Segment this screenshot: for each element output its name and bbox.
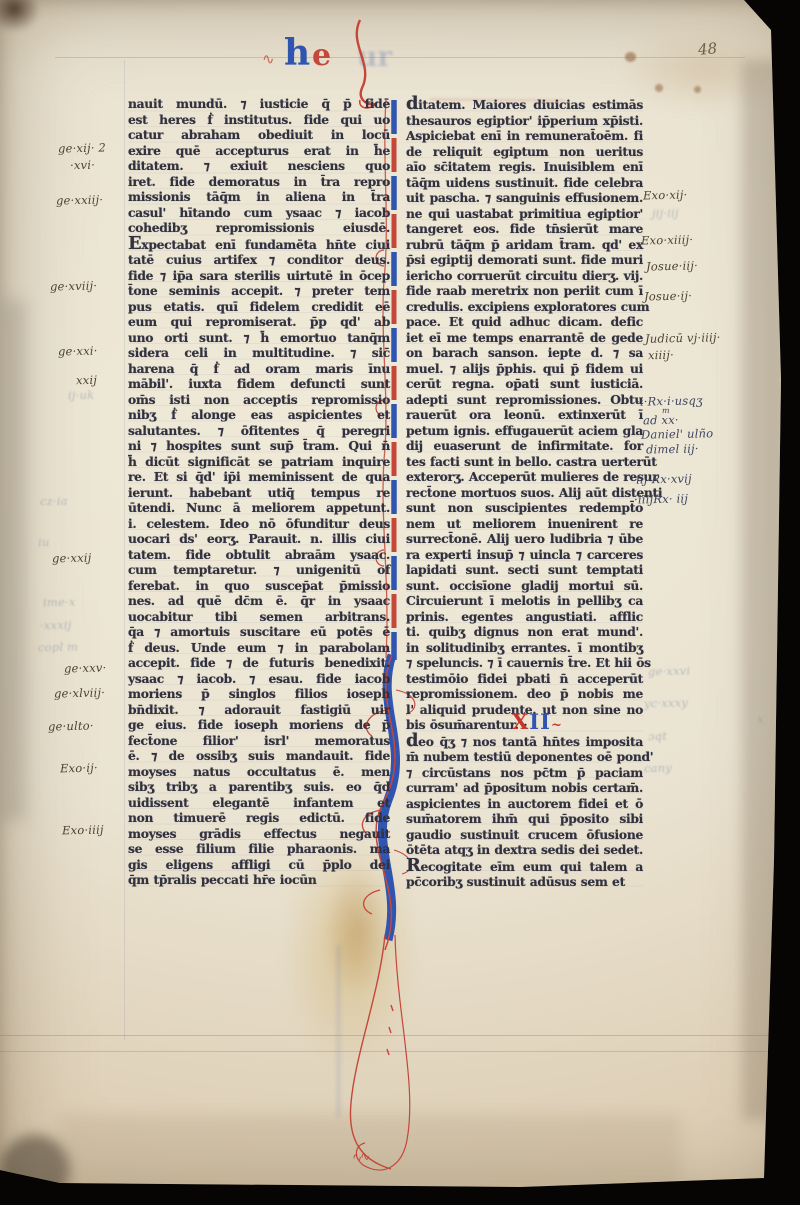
text-line: nem ut meliorem inuenirent re [406, 516, 643, 532]
margin-citation: ge·xij· 2 [58, 140, 106, 155]
margin-citation: ge·xviij· [50, 279, 97, 294]
text-line: harena q̄ ḟ ad oram maris īnu [128, 361, 390, 377]
margin-citation: ge·xxij [52, 551, 92, 566]
text-line: credulis. excipiens exploratores cum [406, 299, 643, 315]
text-line: dij euaserunt de infirmitate. for [406, 438, 643, 454]
text-line: q̄a ⁊ amortuis suscitare eū potēs ē [128, 624, 390, 640]
text-line: fect̄one filior' isrl' memoratus [128, 733, 390, 749]
text-line: ditatem. ⁊ exiuit nesciens quo [128, 158, 390, 174]
numeral-flourish: ~ [551, 718, 561, 733]
text-line: om̄s isti non acceptis repromissio [128, 392, 390, 408]
parchment-leaf: ∿ h e ur 48 [0, 0, 800, 1205]
text-line: h̄ dicūt significāt se patriam inquire [128, 454, 390, 470]
show-through-text: jij·iij [652, 206, 679, 221]
text-line: thesauros egiptior' ip̄perium xp̄isti. [406, 113, 643, 129]
numeral-ii: II [529, 709, 551, 734]
text-line: cerūt regna. op̄ati sunt iusticiā. [406, 376, 643, 392]
text-line: m̄ nubem testiū deponentes oē pond' [406, 749, 643, 765]
margin-citation: Judicū vj·iiij· [645, 330, 721, 346]
text-column-right: ditatem. Maiores diuicias estimāsthesaur… [406, 96, 643, 890]
text-line: ne qui uastabat primitiua egiptior' [406, 206, 643, 222]
fox-spot [655, 84, 663, 92]
text-line: fide raab meretrix non periit cum ī [406, 283, 643, 299]
text-line: tangeret eos. fide tn̄sierūt mare [406, 221, 643, 237]
text-line: de reliquit egiptum non ueritus [406, 144, 643, 160]
show-through-text: ime·x [43, 595, 76, 610]
text-line: uocabitur tibi semen arbitrans. [128, 609, 390, 625]
text-line: ⁊ speluncis. ⁊ ī cauernis t̄re. Et hii ō… [406, 655, 643, 671]
show-through-text: ij·uk [68, 388, 95, 403]
text-line: uit pascha. ⁊ sanguinis effusionem. [406, 190, 643, 206]
text-line: p̄si egiptij demorati sunt. fide muri [406, 252, 643, 268]
text-line: moyses natus occultatus ē. men [128, 764, 390, 780]
text-line: salutantes. ⁊ ōfitentes q̄ peregri [128, 423, 390, 439]
text-line: nauit mundū. ⁊ iusticie q̄ p̄ fidē [128, 96, 390, 112]
text-line: iret. fide demoratus in t̄ra repro [128, 174, 390, 190]
text-line: rauerūt ora leonū. extinxerūt ī [406, 407, 643, 423]
text-line: gaudio sustinuit crucem ōfusione [406, 827, 643, 843]
text-line: re. Et si q̄d' ip̄i meminissent de qua [128, 469, 390, 485]
margin-citation: Exo·iiij [62, 823, 104, 838]
text-line: cum temptaretur. ⁊ unigenitū of [128, 562, 390, 578]
text-line: tatē cuius artifex ⁊ conditor deus. [128, 252, 390, 268]
margin-citation: dimel iij· [646, 441, 699, 456]
text-line: rubrū tāq̄m p̄ aridam t̄ram. qd' ex [406, 237, 643, 253]
text-line: sunt. occisīone gladij mortui sū. [406, 578, 643, 594]
text-line: iericho corruerūt circuitu dierʒ. vij. [406, 268, 643, 284]
stain [0, 0, 40, 32]
text-line: tāq̄m uidens sustinuit. fide celebra [406, 175, 643, 191]
text-line: pc̄coribʒ sustinuit adūsus sem et [406, 874, 643, 890]
text-line: non timuerē regis edictū. fide [128, 810, 390, 826]
margin-citation: Exo·xiiij· [641, 232, 693, 247]
penwork-squiggle-bottom: ∿∿ [351, 1149, 368, 1165]
stain [0, 1135, 70, 1205]
text-line: t̄one seminis accepit. ⁊ preter tem [128, 283, 390, 299]
text-line: moriens p̄ singlos filios ioseph [128, 686, 390, 702]
numeral-x: X [512, 709, 529, 734]
text-line: uno orti sunt. ⁊ h̄ emortuo tanq̄m [128, 330, 390, 346]
text-line: muel. ⁊ alijs p̄phis. qui p̄ fidem ui [406, 361, 643, 377]
show-through-text: yc·xxxy [644, 696, 688, 711]
text-line: moyses grādis effectus negauit [128, 826, 390, 842]
text-line: ferebat. in quo suscep̄at p̄missio [128, 578, 390, 594]
text-line: ⁊ circūstans nos pc̄tm p̄ paciam [406, 765, 643, 781]
margin-citation: Josue·iij· [646, 258, 698, 273]
text-line: iet eī me temps enarrantē de gede [406, 330, 643, 346]
show-through-text: cz·ia [40, 494, 68, 509]
text-line: ti. quibʒ dignus non erat mund'. [406, 624, 643, 640]
show-through-text: cany [644, 761, 672, 776]
text-line: sidera celi in multitudine. ⁊ sic̄ [128, 345, 390, 361]
margin-citation: Josue·ij· [644, 288, 692, 303]
text-line: eum qui repromiserat. p̄p qd' ab [128, 314, 390, 330]
margin-citation: xiiij· [648, 348, 674, 363]
text-line: rect̄one mortuos suos. Alij aūt distenti [406, 485, 643, 501]
text-column-left: nauit mundū. ⁊ iusticie q̄ p̄ fidēest he… [128, 96, 390, 888]
text-line: casul' hītando cum ysaac ⁊ iacob [128, 205, 390, 221]
text-line: exterorʒ. Acceperūt mulieres de resur [406, 469, 643, 485]
ruling-line [124, 60, 125, 1040]
text-line: sum̄atorem ihm̄ qui p̄posito sibi [406, 811, 643, 827]
text-line: cohedibʒ repromissionis eiusdē. [128, 220, 390, 236]
margin-citation: ge·xxv· [64, 661, 107, 676]
folio-number: 48 [697, 39, 718, 59]
text-line: tes facti sunt in bello. castra uerterūt [406, 454, 643, 470]
margin-citation: ge·xxiij· [56, 193, 103, 208]
text-line: testimōio fidei pbati n̄ acceperūt [406, 671, 643, 687]
margin-citation: Exo·ij· [60, 761, 98, 776]
margin-citation: ·xvi· [70, 158, 95, 173]
text-line: se esse filium filie pharaonis. ma [128, 841, 390, 857]
margin-citation: iij·Rx·xvij [636, 471, 692, 486]
text-line: aīo sc̄itatem regis. Inuisiblem enī [406, 159, 643, 175]
text-line: aspicientes in auctorem fidei et ō [406, 796, 643, 812]
text-line: mābil'. iuxta fidem defuncti sunt [128, 376, 390, 392]
text-line: Aspiciebat enī in remunerat̄oēm. fi [406, 128, 643, 144]
text-line: gis eligens affligi cū p̄plo dei [128, 857, 390, 873]
text-line: uocari ds' eorʒ. Parauit. n. illis ciui [128, 531, 390, 547]
text-line: ysaac ⁊ iacob. ⁊ esau. fide iacob [128, 671, 390, 687]
text-line: ra experti insup̄ ⁊ uincla ⁊ carceres [406, 547, 643, 563]
text-line: ḟ deus. Unde eum ⁊ in parabolam [128, 640, 390, 656]
text-line: nes. ad quē dc̄m ē. q̄r in ysaac [128, 593, 390, 609]
text-line: i. celestem. Ideo nō ōfunditur deus [128, 516, 390, 532]
margin-citation: xxij [76, 373, 97, 387]
text-line: Recogitate eīm eum qui talem a [406, 858, 643, 875]
fox-spot [625, 52, 636, 62]
text-line: ūtendi. Nunc ā meliorem appetunt. [128, 500, 390, 516]
text-line: uidissent elegantē infantem et [128, 795, 390, 811]
penwork-descender [295, 935, 515, 1185]
fox-spot [694, 86, 701, 93]
text-line: tatem. fide obtulit abraām ysaac. [128, 547, 390, 563]
text-line: surrect̄onē. Alij uero ludibria ⁊ ūbe [406, 531, 643, 547]
margin-citation: ge·ulto· [48, 719, 94, 734]
show-through-text: ge·xxvi [648, 664, 691, 679]
margin-citation: Exo·xij· [643, 188, 688, 203]
text-line: bn̄dixit. ⁊ adorauit fastigiū uir [128, 702, 390, 718]
text-line: pace. Et quid adhuc dicam. defic [406, 314, 643, 330]
text-line: sunt non suscipientes redempt̄o [406, 500, 643, 516]
text-line: nibʒ ḟ alonge eas aspicientes et [128, 407, 390, 423]
text-line: sibʒ tribʒ a parentibʒ suis. eo q̄d [128, 779, 390, 795]
stain [0, 300, 26, 820]
margin-citation: ·iiijRx· iij [634, 491, 688, 506]
text-line: pus etatis. quī fidelem credidit eē [128, 299, 390, 315]
text-line: Expectabat enī fundamēta hn̄te ciui [128, 236, 390, 253]
show-through-text: x [757, 712, 764, 726]
show-through-text: ɔqt [648, 729, 667, 743]
text-line: repromissionem. deo p̄ nobis me [406, 686, 643, 702]
text-line: deo q̄ʒ ⁊ nos tantā hn̄tes imposita [406, 733, 643, 750]
margin-citation: ge·xlviij· [54, 685, 105, 700]
show-through-text: ·xxxij [40, 618, 72, 633]
margin-citation: Daniel' ulño [641, 426, 714, 442]
text-line: ni ⁊ hospites sunt sup̄ t̄ram. Qui n̄ [128, 438, 390, 454]
text-line: est heres ḟ institutus. fide qui uo [128, 112, 390, 128]
text-line: ē. ⁊ de ossibʒ suis mandauit. fide [128, 748, 390, 764]
chapter-numeral-xii: XII~ [512, 709, 561, 734]
text-line: accepit. fide ⁊ de futuris benedixit. [128, 655, 390, 671]
margin-citation: ge·xxi· [58, 344, 98, 359]
text-line: ierunt. habebant utiq̄ tempus re [128, 485, 390, 501]
text-line: ōtēta atqʒ in dextra sedis dei sedet. [406, 842, 643, 858]
text-line: on barach sanson. iepte d. ⁊ sa [406, 345, 643, 361]
text-line: adepti sunt repromissiones. Obtu [406, 392, 643, 408]
header-letter-blue: h [284, 32, 310, 74]
text-line: ditatem. Maiores diuicias estimās [406, 96, 643, 113]
text-line: exire quē accepturus erat in h̄e [128, 143, 390, 159]
show-through-text: iu [38, 535, 50, 549]
text-line: curram' ad p̄positum nobis certam̄. [406, 780, 643, 796]
stain [742, 60, 784, 1120]
show-through-text: copl m [38, 640, 78, 655]
text-line: lapidati sunt. secti sunt temptati [406, 562, 643, 578]
text-line: ge eius. fide ioseph moriens de p̄ [128, 717, 390, 733]
text-line: Circuierunt ī melotis in pellibʒ ca [406, 593, 643, 609]
margin-citation: ad xx· [643, 413, 679, 428]
text-line: in solitudinibʒ errantes. ī montibʒ [406, 640, 643, 656]
text-line: petum ignis. effugauerūt aciem gla [406, 423, 643, 439]
text-line: prinis. egentes angustiati. afflic [406, 609, 643, 625]
text-line: missionis tāq̄m in aliena in t̄ra [128, 189, 390, 205]
penwork-squiggle-icon: ∿ [262, 50, 275, 68]
manuscript-photo: ∿ h e ur 48 [0, 0, 800, 1205]
text-line: catur abraham obediuit in locū [128, 127, 390, 143]
text-line: fide ⁊ ip̄a sara sterilis uirtutē in ōce… [128, 268, 390, 284]
text-line: q̄m tp̄ralis peccati hr̄e iocūn [128, 872, 390, 888]
header-letter-red: e [312, 38, 331, 73]
